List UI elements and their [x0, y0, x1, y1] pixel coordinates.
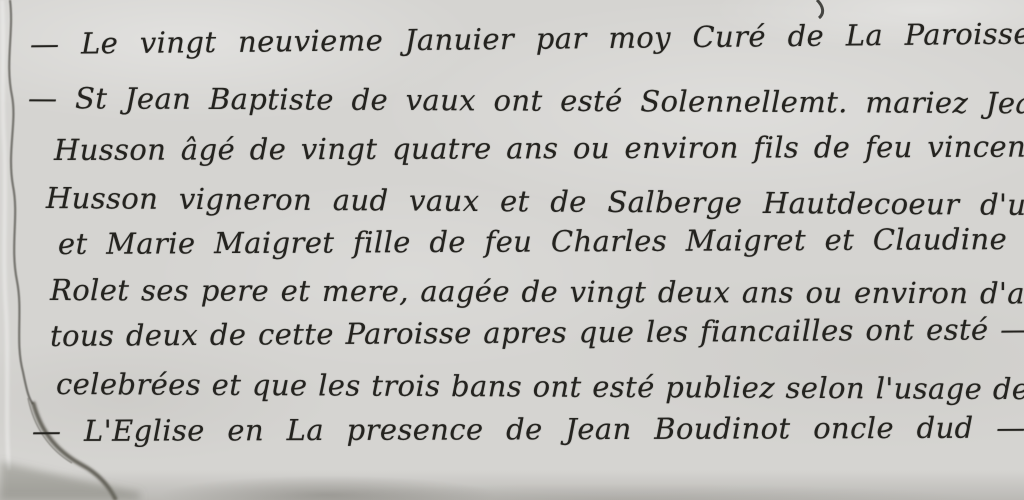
manuscript-line-2: — St Jean Baptiste de vaux ont esté Sole… — [28, 80, 1024, 121]
manuscript-line-1: — Le vingt neuvieme Januier par moy Curé… — [30, 15, 1024, 62]
manuscript-line-5: et Marie Maigret fille de feu Charles Ma… — [58, 221, 1007, 262]
manuscript-line-6: Rolet ses pere et mere, aagée de vingt d… — [50, 272, 1024, 312]
manuscript-line-3: Husson âgé de vingt quatre ans ou enviro… — [54, 129, 1024, 168]
manuscript-line-7: tous deux de cette Paroisse apres que le… — [50, 311, 1024, 354]
register-entry: — Le vingt neuvieme Januier par moy Curé… — [0, 0, 1024, 500]
manuscript-line-8: celebrées et que les trois bans ont esté… — [56, 366, 1024, 407]
manuscript-line-9: — L'Eglise en La presence de Jean Boudin… — [32, 410, 1024, 449]
manuscript-page: — Le vingt neuvieme Januier par moy Curé… — [0, 0, 1024, 500]
manuscript-line-4: Husson vigneron aud vaux et de Salberge … — [46, 180, 1024, 223]
